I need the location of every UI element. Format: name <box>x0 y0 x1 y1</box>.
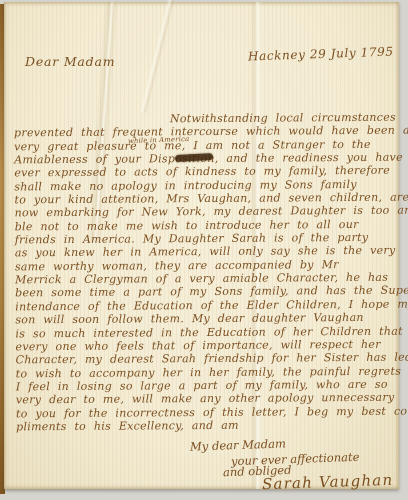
signature: Sarah Vaughan <box>262 471 394 494</box>
dateline: Hackney 29 July 1795 <box>248 44 394 63</box>
letter-line: pliments to his Excellency, and am <box>16 418 404 434</box>
salutation: Dear Madam <box>25 54 115 69</box>
scanned-letter: Hackney 29 July 1795 Dear Madam Notwiths… <box>0 0 408 500</box>
letter-line: as you knew her in America, will only sa… <box>15 244 403 260</box>
closing-salute: My dear Madam <box>190 436 286 453</box>
fold-crease <box>140 0 177 113</box>
letter-paper: Hackney 29 July 1795 Dear Madam Notwiths… <box>4 2 399 489</box>
letter-line: to you for the incorrectness of this let… <box>16 404 404 420</box>
